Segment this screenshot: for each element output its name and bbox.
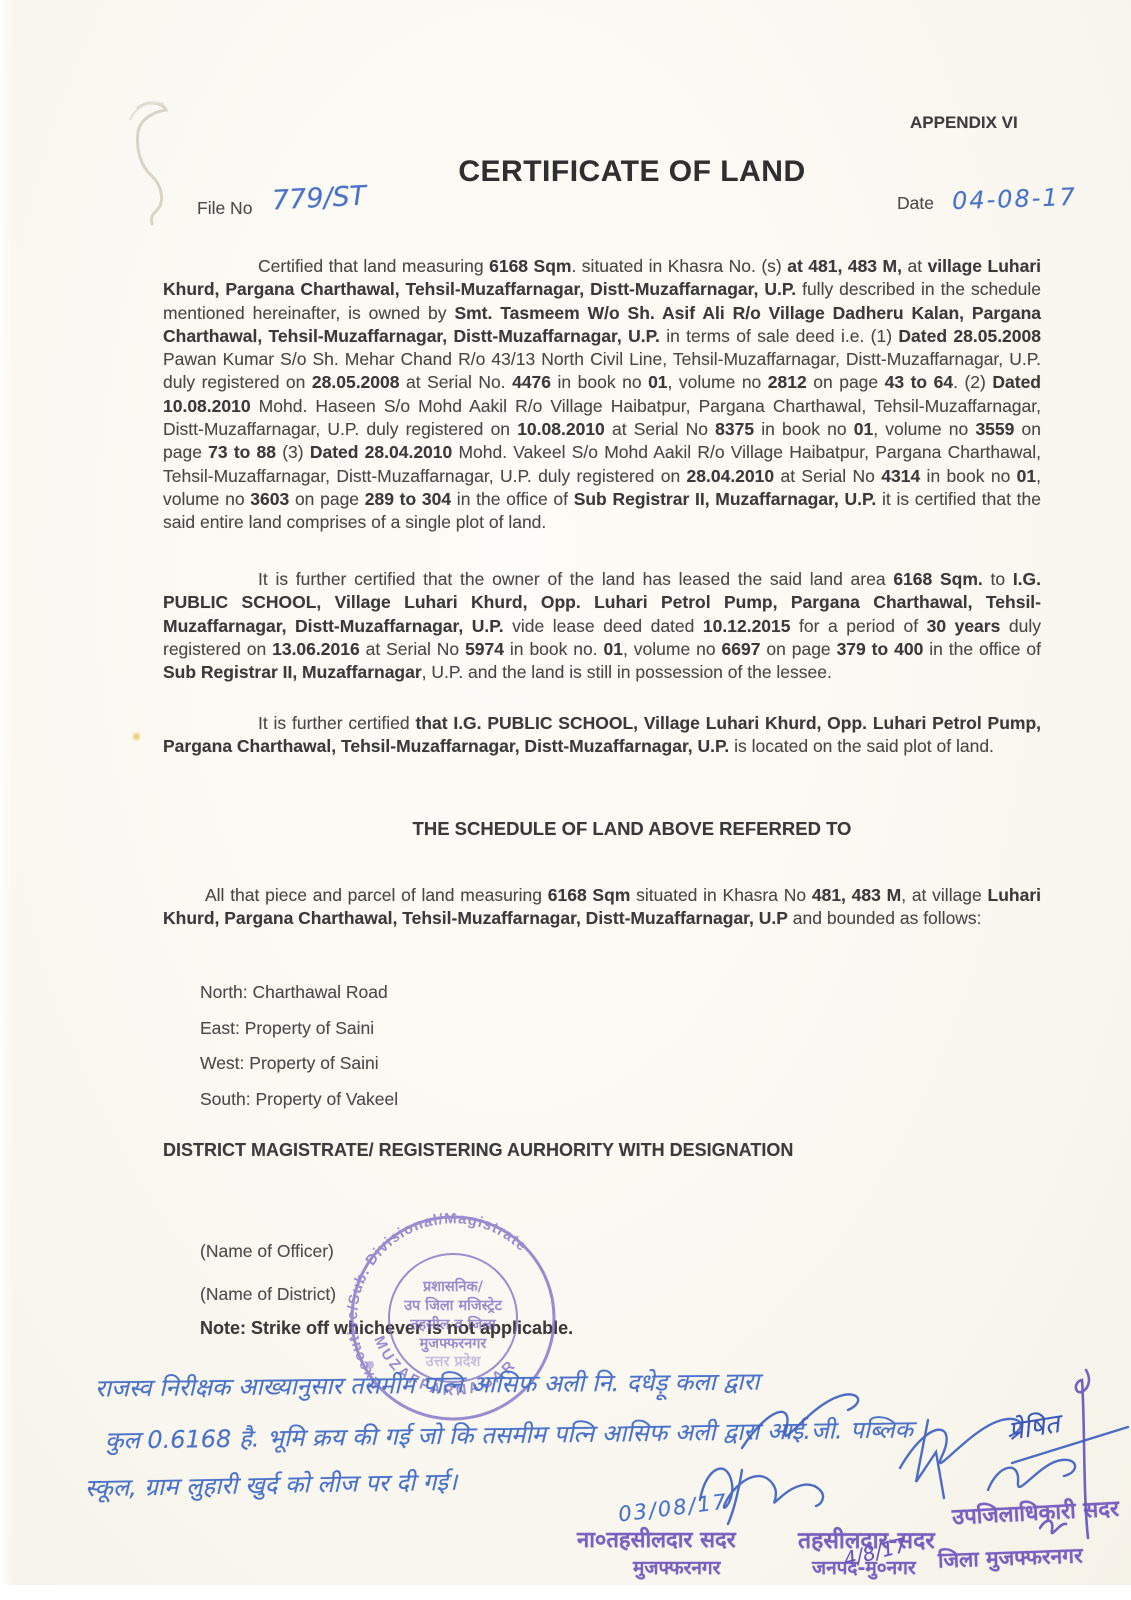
stamp-sdm-line2: जिला मुजफ्फरनगर <box>938 1541 1083 1574</box>
scan-edge-bottom <box>0 1585 1131 1600</box>
document-page: APPENDIX VI CERTIFICATE OF LAND File No … <box>0 0 1131 1600</box>
stamp-naib-tehsildar-line2: मुजफ्फरनगर <box>633 1554 720 1580</box>
stamp-tehsildar-line2: जनपद-मु०नगर <box>812 1554 916 1580</box>
scan-edge-left <box>0 0 14 1600</box>
signatures-overlay <box>0 0 1131 1600</box>
stamp-tehsildar-line1: तहसीलदार-सदर <box>798 1523 935 1555</box>
stamp-naib-tehsildar-line1: ना०तहसीलदार सदर <box>577 1524 736 1554</box>
